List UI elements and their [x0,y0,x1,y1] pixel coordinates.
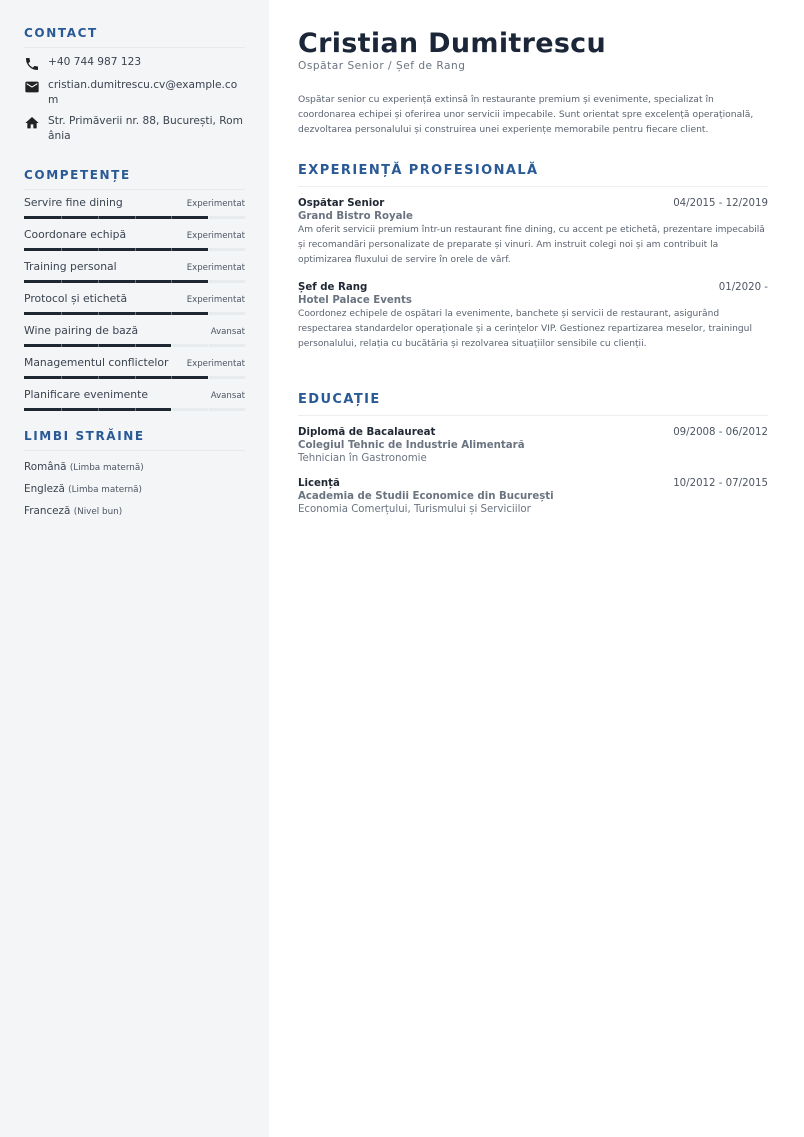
candidate-name: Cristian Dumitrescu [298,28,768,60]
skill-bar-divider [61,312,62,315]
skill-bar-divider [208,216,209,219]
skills-list: Servire fine diningExperimentatCoordonar… [24,196,245,411]
skill-row: Managementul conflictelorExperimentat [24,356,245,374]
skill-bar-divider [171,376,172,379]
skill-bar-divider [171,344,172,347]
employer-name: Grand Bistro Royale [298,211,768,222]
skill-bar-divider [135,248,136,251]
skill-bar-divider [208,248,209,251]
skill-bar-fill [24,248,208,251]
skill-bar-divider [98,216,99,219]
field-of-study: Economia Comerțului, Turismului și Servi… [298,504,768,515]
contact-list: +40 744 987 123 cristian.dumitrescu.cv@e… [24,55,245,144]
skill-bar-divider [208,312,209,315]
experience-list: Ospătar Senior04/2015 - 12/2019Grand Bis… [298,198,768,352]
skill-level: Experimentat [187,295,245,305]
skill-bar-divider [61,216,62,219]
job-description: Am oferit servicii premium într-un resta… [298,223,768,268]
skill-bar-fill [24,312,208,315]
skill-bar-divider [98,344,99,347]
language-name: Română [24,461,67,473]
skill-bar-divider [98,248,99,251]
contact-email: cristian.dumitrescu.cv@example.com [24,78,245,108]
employer-name: Hotel Palace Events [298,295,768,306]
skill-bar [24,408,245,411]
education-entry: Licență10/2012 - 07/2015Academia de Stud… [298,478,768,515]
skill-bar [24,344,245,347]
skill-bar-divider [208,280,209,283]
skill-item: Servire fine diningExperimentat [24,196,245,219]
experience-section: EXPERIENȚĂ PROFESIONALĂ Ospătar Senior04… [298,163,768,352]
date-range: 01/2020 - [719,282,768,293]
skill-item: Coordonare echipăExperimentat [24,228,245,251]
entry-header: Ospătar Senior04/2015 - 12/2019 [298,198,768,209]
degree-title: Licență [298,478,340,489]
skill-row: Wine pairing de bazăAvansat [24,324,245,342]
phone-text[interactable]: +40 744 987 123 [48,55,244,70]
skill-bar [24,376,245,379]
skill-bar-divider [135,344,136,347]
skill-bar-divider [135,408,136,411]
skill-bar-fill [24,376,208,379]
skill-bar-divider [98,376,99,379]
skill-bar-divider [171,280,172,283]
skill-name: Coordonare echipă [24,228,126,241]
education-entry: Diplomă de Bacalaureat09/2008 - 06/2012C… [298,427,768,464]
contact-phone: +40 744 987 123 [24,55,245,72]
main-content: Cristian Dumitrescu Ospătar Senior / Șef… [269,0,804,1137]
field-of-study: Tehnician în Gastronomie [298,453,768,464]
skill-row: Coordonare echipăExperimentat [24,228,245,246]
skill-bar-divider [171,312,172,315]
date-range: 10/2012 - 07/2015 [673,478,768,489]
summary: Ospătar senior cu experiență extinsă în … [298,92,768,137]
education-heading: EDUCAȚIE [298,392,768,416]
skill-bar-divider [135,216,136,219]
contact-section: CONTACT +40 744 987 123 cristian.dumitre… [24,26,245,144]
education-list: Diplomă de Bacalaureat09/2008 - 06/2012C… [298,427,768,515]
skill-bar-divider [135,280,136,283]
position-title: Șef de Rang [298,282,367,293]
experience-entry: Ospătar Senior04/2015 - 12/2019Grand Bis… [298,198,768,268]
skill-level: Experimentat [187,231,245,241]
sidebar: CONTACT +40 744 987 123 cristian.dumitre… [0,0,269,1137]
skill-name: Training personal [24,260,117,273]
skill-bar [24,280,245,283]
skill-level: Experimentat [187,263,245,273]
education-section: EDUCAȚIE Diplomă de Bacalaureat09/2008 -… [298,392,768,515]
languages-list: Română (Limba maternă)Engleză (Limba mat… [24,460,245,519]
language-level: (Nivel bun) [74,507,122,517]
skill-name: Servire fine dining [24,196,123,209]
skill-item: Planificare evenimenteAvansat [24,388,245,411]
date-range: 04/2015 - 12/2019 [673,198,768,209]
skill-bar-fill [24,280,208,283]
phone-icon [24,55,48,72]
skill-bar-divider [61,376,62,379]
language-name: Franceză [24,505,70,517]
skill-bar-divider [61,344,62,347]
contact-address: Str. Primăverii nr. 88, București, Român… [24,114,245,144]
skill-bar-fill [24,216,208,219]
skill-item: Wine pairing de bazăAvansat [24,324,245,347]
institution-name: Colegiul Tehnic de Industrie Alimentară [298,440,768,451]
languages-heading: LIMBI STRĂINE [24,429,245,451]
language-item: Franceză (Nivel bun) [24,504,245,519]
skill-bar-divider [98,408,99,411]
skill-bar-divider [208,344,209,347]
language-level: (Limba maternă) [70,463,144,473]
skill-bar-divider [171,216,172,219]
position-title: Ospătar Senior [298,198,384,209]
degree-title: Diplomă de Bacalaureat [298,427,435,438]
skill-bar [24,216,245,219]
skill-bar-divider [98,312,99,315]
skill-bar [24,312,245,315]
skill-bar-divider [171,408,172,411]
email-text[interactable]: cristian.dumitrescu.cv@example.com [48,78,244,108]
skill-bar-divider [61,408,62,411]
entry-header: Diplomă de Bacalaureat09/2008 - 06/2012 [298,427,768,438]
experience-heading: EXPERIENȚĂ PROFESIONALĂ [298,163,768,187]
job-title: Ospătar Senior / Șef de Rang [298,60,768,72]
skill-bar-divider [135,312,136,315]
entry-header: Șef de Rang01/2020 - [298,282,768,293]
skill-row: Training personalExperimentat [24,260,245,278]
skill-level: Avansat [211,327,245,337]
skill-bar-divider [61,280,62,283]
skill-bar-divider [135,376,136,379]
skills-section: COMPETENȚE Servire fine diningExperiment… [24,168,245,411]
language-item: Română (Limba maternă) [24,460,245,475]
language-name: Engleză [24,483,65,495]
address-text: Str. Primăverii nr. 88, București, Român… [48,114,244,144]
experience-entry: Șef de Rang01/2020 -Hotel Palace EventsC… [298,282,768,352]
skill-bar-divider [208,376,209,379]
language-level: (Limba maternă) [68,485,142,495]
skill-item: Training personalExperimentat [24,260,245,283]
skill-bar-divider [98,280,99,283]
skill-bar-divider [61,248,62,251]
skills-heading: COMPETENȚE [24,168,245,190]
skill-bar-divider [208,408,209,411]
languages-section: LIMBI STRĂINE Română (Limba maternă)Engl… [24,429,245,519]
skill-row: Servire fine diningExperimentat [24,196,245,214]
skill-row: Protocol și etichetăExperimentat [24,292,245,310]
skill-name: Wine pairing de bază [24,324,138,337]
email-icon [24,78,48,95]
language-item: Engleză (Limba maternă) [24,482,245,497]
skill-level: Avansat [211,391,245,401]
skill-name: Managementul conflictelor [24,356,168,369]
skill-name: Planificare evenimente [24,388,148,401]
contact-heading: CONTACT [24,26,245,48]
date-range: 09/2008 - 06/2012 [673,427,768,438]
skill-item: Protocol și etichetăExperimentat [24,292,245,315]
skill-item: Managementul conflictelorExperimentat [24,356,245,379]
institution-name: Academia de Studii Economice din Bucureș… [298,491,768,502]
job-description: Coordonez echipele de ospătari la evenim… [298,307,768,352]
skill-level: Experimentat [187,199,245,209]
skill-name: Protocol și etichetă [24,292,127,305]
skill-bar-divider [171,248,172,251]
home-icon [24,114,48,131]
skill-bar [24,248,245,251]
entry-header: Licență10/2012 - 07/2015 [298,478,768,489]
skill-row: Planificare evenimenteAvansat [24,388,245,406]
skill-level: Experimentat [187,359,245,369]
